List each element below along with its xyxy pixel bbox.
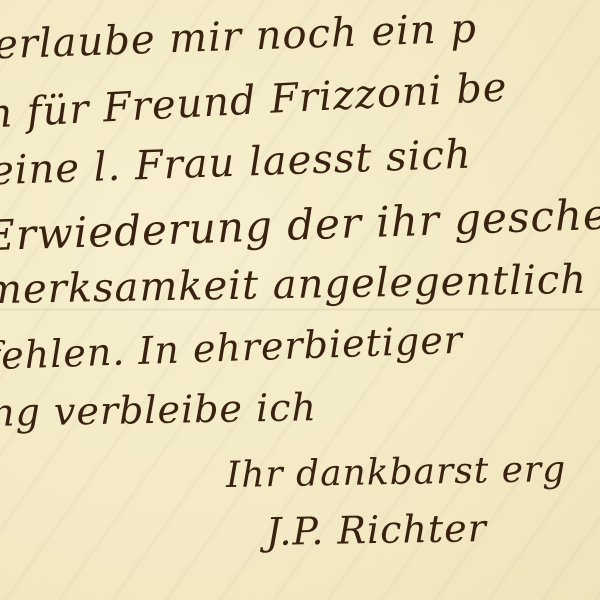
signature: J.P. Richter [266, 506, 488, 554]
letter-line-7: ng verbleibe ich [0, 385, 317, 435]
closing-salutation: Ihr dankbarst erg [226, 449, 567, 496]
